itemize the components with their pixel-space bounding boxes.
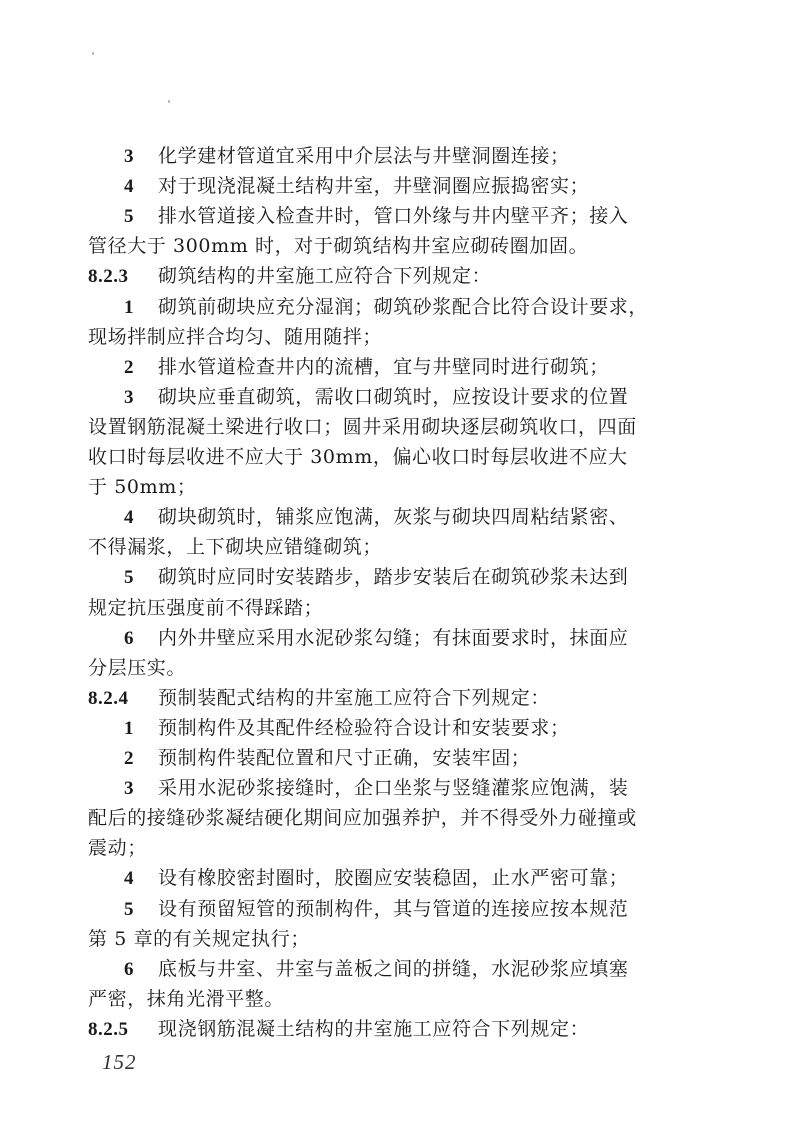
item-number: 2 — [124, 744, 158, 774]
item-number: 4 — [124, 864, 158, 894]
line-text: 收口时每层收进不应大于 30mm，偏心收口时每层收进不应大 — [88, 446, 628, 468]
line-text: 管径大于 300mm 时，对于砌筑结构井室应砌砖圈加固。 — [88, 235, 588, 257]
continuation-line: 分层压实。 — [88, 653, 718, 683]
item-number: 3 — [124, 383, 158, 413]
list-item: 5设有预留短管的预制构件，其与管道的连接应按本规范 — [124, 894, 754, 924]
line-text: 预制构件装配位置和尺寸正确，安装牢固； — [158, 747, 530, 769]
continuation-line: 设置钢筋混凝土梁进行收口；圆井采用砌块逐层砌筑收口，四面 — [88, 412, 718, 442]
item-number: 3 — [124, 774, 158, 804]
list-item: 2预制构件装配位置和尺寸正确，安装牢固； — [124, 743, 754, 773]
continuation-line: 管径大于 300mm 时，对于砌筑结构井室应砌砖圈加固。 — [88, 231, 718, 261]
continuation-line: 于 50mm； — [88, 472, 718, 502]
item-number: 1 — [124, 714, 158, 744]
continuation-line: 不得漏浆，上下砌块应错缝砌筑； — [88, 532, 718, 562]
line-text: 严密，抹角光滑平整。 — [88, 988, 284, 1010]
item-number: 5 — [124, 202, 158, 232]
list-item: 3砌块应垂直砌筑，需收口砌筑时，应按设计要求的位置 — [124, 382, 754, 412]
list-item: 2排水管道检查井内的流槽，宜与井壁同时进行砌筑； — [124, 352, 754, 382]
line-text: 砌筑结构的井室施工应符合下列规定： — [158, 265, 491, 287]
section-heading: 8.2.3砌筑结构的井室施工应符合下列规定： — [88, 261, 718, 291]
line-text: 现浇钢筋混凝土结构的井室施工应符合下列规定： — [158, 1018, 589, 1040]
line-text: 砌筑前砌块应充分湿润；砌筑砂浆配合比符合设计要求， — [158, 296, 648, 318]
line-text: 预制构件及其配件经检验符合设计和安装要求； — [158, 717, 570, 739]
list-item: 6内外井壁应采用水泥砂浆勾缝；有抹面要求时，抹面应 — [124, 623, 754, 653]
scan-speck — [168, 100, 170, 103]
line-text: 对于现浇混凝土结构井室，井壁洞圈应振捣密实； — [158, 175, 589, 197]
item-number: 4 — [124, 172, 158, 202]
line-text: 化学建材管道宜采用中介层法与井壁洞圈连接； — [158, 145, 570, 167]
scan-speck — [92, 52, 94, 55]
list-item: 1预制构件及其配件经检验符合设计和安装要求； — [124, 713, 754, 743]
list-item: 3化学建材管道宜采用中介层法与井壁洞圈连接； — [124, 141, 754, 171]
line-text: 砌块砌筑时，铺浆应饱满，灰浆与砌块四周粘结紧密、 — [158, 506, 628, 528]
item-number: 6 — [124, 624, 158, 654]
list-item: 5砌筑时应同时安装踏步，踏步安装后在砌筑砂浆未达到 — [124, 562, 754, 592]
item-number: 3 — [124, 142, 158, 172]
document-page: 3化学建材管道宜采用中介层法与井壁洞圈连接；4对于现浇混凝土结构井室，井壁洞圈应… — [0, 0, 800, 1135]
continuation-line: 配后的接缝砂浆凝结硬化期间应加强养护，并不得受外力碰撞或 — [88, 803, 718, 833]
line-text: 内外井壁应采用水泥砂浆勾缝；有抹面要求时，抹面应 — [158, 627, 628, 649]
list-item: 6底板与井室、井室与盖板之间的拼缝，水泥砂浆应填塞 — [124, 954, 754, 984]
item-number: 4 — [124, 503, 158, 533]
continuation-line: 第 5 章的有关规定执行； — [88, 924, 718, 954]
line-text: 规定抗压强度前不得踩踏； — [88, 597, 323, 619]
line-text: 砌块应垂直砌筑，需收口砌筑时，应按设计要求的位置 — [158, 386, 628, 408]
item-number: 5 — [124, 895, 158, 925]
line-text: 第 5 章的有关规定执行； — [88, 928, 310, 950]
line-text: 现场拌制应拌合均匀、随用随拌； — [88, 326, 382, 348]
section-number: 8.2.3 — [88, 262, 158, 292]
section-number: 8.2.4 — [88, 684, 158, 714]
line-text: 震动； — [88, 837, 147, 859]
item-number: 1 — [124, 293, 158, 323]
section-number: 8.2.5 — [88, 1015, 158, 1045]
list-item: 1砌筑前砌块应充分湿润；砌筑砂浆配合比符合设计要求， — [124, 292, 754, 322]
list-item: 4对于现浇混凝土结构井室，井壁洞圈应振捣密实； — [124, 171, 754, 201]
list-item: 5排水管道接入检查井时，管口外缘与井内壁平齐；接入 — [124, 201, 754, 231]
line-text: 底板与井室、井室与盖板之间的拼缝，水泥砂浆应填塞 — [158, 958, 628, 980]
continuation-line: 震动； — [88, 833, 718, 863]
continuation-line: 现场拌制应拌合均匀、随用随拌； — [88, 322, 718, 352]
list-item: 4砌块砌筑时，铺浆应饱满，灰浆与砌块四周粘结紧密、 — [124, 502, 754, 532]
line-text: 砌筑时应同时安装踏步，踏步安装后在砌筑砂浆未达到 — [158, 566, 628, 588]
line-text: 于 50mm； — [88, 476, 196, 498]
continuation-line: 严密，抹角光滑平整。 — [88, 984, 718, 1014]
continuation-line: 规定抗压强度前不得踩踏； — [88, 593, 718, 623]
item-number: 2 — [124, 353, 158, 383]
item-number: 5 — [124, 563, 158, 593]
item-number: 6 — [124, 955, 158, 985]
list-item: 4设有橡胶密封圈时，胶圈应安装稳固，止水严密可靠； — [124, 863, 754, 893]
section-heading: 8.2.4预制装配式结构的井室施工应符合下列规定： — [88, 683, 718, 713]
line-text: 采用水泥砂浆接缝时，企口坐浆与竖缝灌浆应饱满，装 — [158, 777, 628, 799]
line-text: 设有预留短管的预制构件，其与管道的连接应按本规范 — [158, 898, 628, 920]
section-heading: 8.2.5现浇钢筋混凝土结构的井室施工应符合下列规定： — [88, 1014, 718, 1044]
line-text: 配后的接缝砂浆凝结硬化期间应加强养护，并不得受外力碰撞或 — [88, 807, 637, 829]
line-text: 分层压实。 — [88, 657, 186, 679]
line-text: 预制装配式结构的井室施工应符合下列规定： — [158, 687, 550, 709]
page-number: 152 — [102, 1050, 137, 1075]
list-item: 3采用水泥砂浆接缝时，企口坐浆与竖缝灌浆应饱满，装 — [124, 773, 754, 803]
line-text: 排水管道检查井内的流槽，宜与井壁同时进行砌筑； — [158, 356, 609, 378]
line-text: 设置钢筋混凝土梁进行收口；圆井采用砌块逐层砌筑收口，四面 — [88, 416, 637, 438]
line-text: 排水管道接入检查井时，管口外缘与井内壁平齐；接入 — [158, 205, 628, 227]
line-text: 不得漏浆，上下砌块应错缝砌筑； — [88, 536, 382, 558]
continuation-line: 收口时每层收进不应大于 30mm，偏心收口时每层收进不应大 — [88, 442, 718, 472]
line-text: 设有橡胶密封圈时，胶圈应安装稳固，止水严密可靠； — [158, 867, 628, 889]
